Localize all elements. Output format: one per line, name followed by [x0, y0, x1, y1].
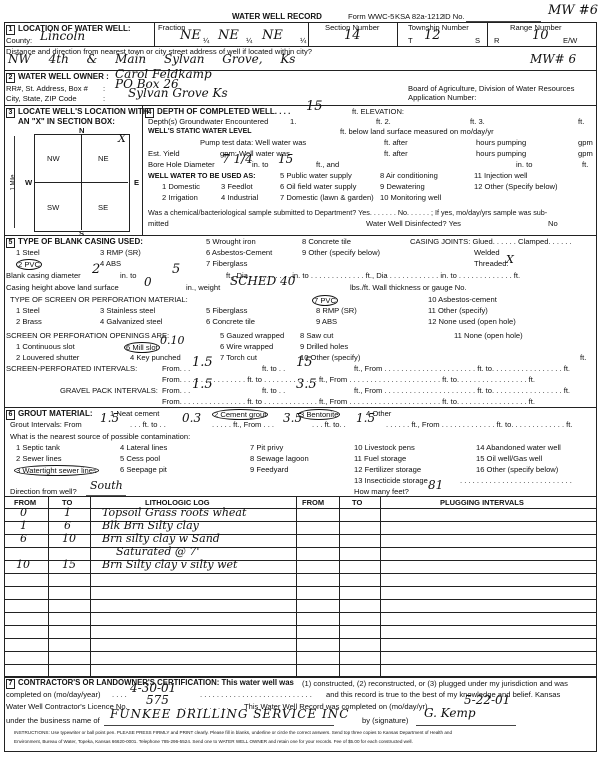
- completed-depth[interactable]: 15: [306, 102, 323, 111]
- gravel-from[interactable]: 1.5: [192, 380, 213, 389]
- grout-from-2[interactable]: 3.5: [283, 414, 302, 423]
- litho-to[interactable]: 10: [62, 534, 76, 543]
- location-mark: X: [118, 134, 126, 143]
- application-label: Application Number:: [408, 93, 476, 102]
- direction-value[interactable]: South: [90, 481, 123, 490]
- use-option[interactable]: 1 Domestic: [162, 182, 200, 191]
- col-plugging-intervals: PLUGGING INTERVALS: [440, 498, 524, 507]
- use-option[interactable]: 8 Air conditioning: [380, 171, 438, 180]
- completed-date[interactable]: 4-30-01: [130, 684, 176, 693]
- distance-value[interactable]: NW 4th & Main Sylvan Grove, Ks: [8, 55, 295, 64]
- statute: KSA 82a-1212: [395, 12, 444, 21]
- form-number: Form WWC-5: [348, 12, 394, 21]
- corner-note: MW #6: [548, 6, 598, 15]
- use-option[interactable]: 4 Industrial: [221, 193, 258, 202]
- grout-bentonite-selected[interactable]: 3 Bentonite: [298, 409, 340, 420]
- litho-from[interactable]: 10: [16, 560, 30, 569]
- section5-label: 5TYPE OF BLANK CASING USED:: [6, 237, 143, 248]
- signature[interactable]: G. Kemp: [424, 709, 476, 718]
- quadrant-nw[interactable]: NW: [47, 154, 60, 163]
- litho-to[interactable]: 15: [62, 560, 76, 569]
- contam-watertight-selected[interactable]: 3 Watertight sewer lines: [14, 465, 99, 476]
- bore-diameter[interactable]: 7 1/4: [222, 155, 253, 164]
- screen-from[interactable]: 1.5: [192, 358, 213, 367]
- slot-size[interactable]: 0.10: [160, 336, 185, 345]
- litho-to[interactable]: 6: [64, 521, 71, 530]
- use-option[interactable]: 2 Irrigation: [162, 193, 198, 202]
- litho-from[interactable]: 1: [20, 521, 27, 530]
- casing-height[interactable]: 0: [144, 278, 152, 287]
- quadrant-sw[interactable]: SW: [47, 203, 59, 212]
- use-option[interactable]: 9 Dewatering: [380, 182, 425, 191]
- screen-to[interactable]: 15: [296, 358, 313, 367]
- licence-number[interactable]: 575: [146, 696, 169, 705]
- litho-desc[interactable]: Blk Brn Silty clay: [102, 521, 199, 530]
- litho-desc[interactable]: Saturated @ 7': [116, 547, 199, 556]
- address-label: RR#, St. Address, Box #: [6, 84, 88, 93]
- bore-depth[interactable]: 15: [278, 155, 293, 164]
- litho-desc[interactable]: Brn silty clay w Sand: [102, 534, 220, 543]
- township-number[interactable]: 12: [424, 31, 441, 40]
- casing-pvc-selected[interactable]: 2 PVC: [16, 259, 42, 270]
- litho-to[interactable]: 1: [64, 508, 71, 517]
- business-name[interactable]: FUNKEE DRILLING SERVICE INC: [110, 710, 349, 719]
- fraction-2[interactable]: NE: [218, 31, 239, 40]
- fraction-3[interactable]: NE: [262, 31, 283, 40]
- use-option[interactable]: 12 Other (Specify below): [474, 182, 558, 191]
- casing-weight[interactable]: SCHED 40: [230, 277, 295, 286]
- mile-label: 1 Mile: [10, 174, 19, 190]
- id-label: ID No.: [443, 12, 465, 21]
- grout-from-1[interactable]: 1.5: [100, 414, 119, 423]
- instructions-line-2: Environment, Bureau of Water, Topeka, Ka…: [14, 738, 413, 745]
- record-date[interactable]: 5-22-01: [464, 696, 510, 705]
- distance-note: MW# 6: [530, 55, 576, 64]
- screen-pvc-selected[interactable]: 7 PVC: [312, 295, 338, 306]
- col-plug-from: FROM: [302, 498, 324, 507]
- section6-label: 6GROUT MATERIAL:: [6, 409, 93, 420]
- use-option[interactable]: 7 Domestic (lawn & garden): [280, 193, 374, 202]
- city-label: City, State, ZIP Code: [6, 94, 77, 103]
- litho-desc[interactable]: Topsoil Grass roots wheat: [102, 508, 246, 517]
- litho-from[interactable]: 6: [20, 534, 27, 543]
- owner-city[interactable]: Sylvan Grove Ks: [128, 89, 228, 98]
- board-label: Board of Agriculture, Division of Water …: [408, 84, 574, 93]
- threaded-mark: X: [506, 255, 514, 264]
- grout-to-1[interactable]: 0.3: [182, 414, 201, 423]
- range-direction[interactable]: E/W: [563, 36, 577, 45]
- blank-casing-diameter[interactable]: 2: [92, 265, 100, 274]
- grout-to-2[interactable]: 1.5: [356, 414, 375, 423]
- fraction-1[interactable]: NE: [180, 31, 201, 40]
- litho-from[interactable]: 0: [20, 508, 27, 517]
- use-option-monitoring[interactable]: 10 Monitoring well: [380, 193, 441, 202]
- litho-desc[interactable]: Brn Silty clay v silty wet: [102, 560, 237, 569]
- feet-value[interactable]: 81: [428, 481, 443, 490]
- range-number[interactable]: 10: [532, 31, 549, 40]
- quadrant-ne[interactable]: NE: [98, 154, 109, 163]
- section-box[interactable]: [34, 134, 130, 232]
- section-number[interactable]: 14: [344, 31, 361, 40]
- use-option[interactable]: 11 Injection well: [474, 171, 527, 180]
- form-title: WATER WELL RECORD: [232, 12, 322, 21]
- use-option[interactable]: 3 Feedlot: [221, 182, 253, 191]
- use-option[interactable]: 5 Public water supply: [280, 171, 352, 180]
- gravel-to[interactable]: 3.5: [296, 380, 317, 389]
- grout-cement-selected[interactable]: 2 Cement grout: [212, 409, 268, 420]
- county-value[interactable]: Lincoln: [40, 32, 85, 41]
- instructions-line-1: INSTRUCTIONS: Use typewriter or ball poi…: [14, 729, 452, 736]
- use-option[interactable]: 6 Oil field water supply: [280, 182, 356, 191]
- county-label: County:: [6, 36, 32, 45]
- blank-casing-to[interactable]: 5: [172, 265, 180, 274]
- mill-slot-selected[interactable]: 6 Mill slot: [124, 342, 160, 353]
- col-plug-to: TO: [352, 498, 362, 507]
- quadrant-se[interactable]: SE: [98, 203, 108, 212]
- section2-label: 2WATER WELL OWNER :: [6, 72, 109, 83]
